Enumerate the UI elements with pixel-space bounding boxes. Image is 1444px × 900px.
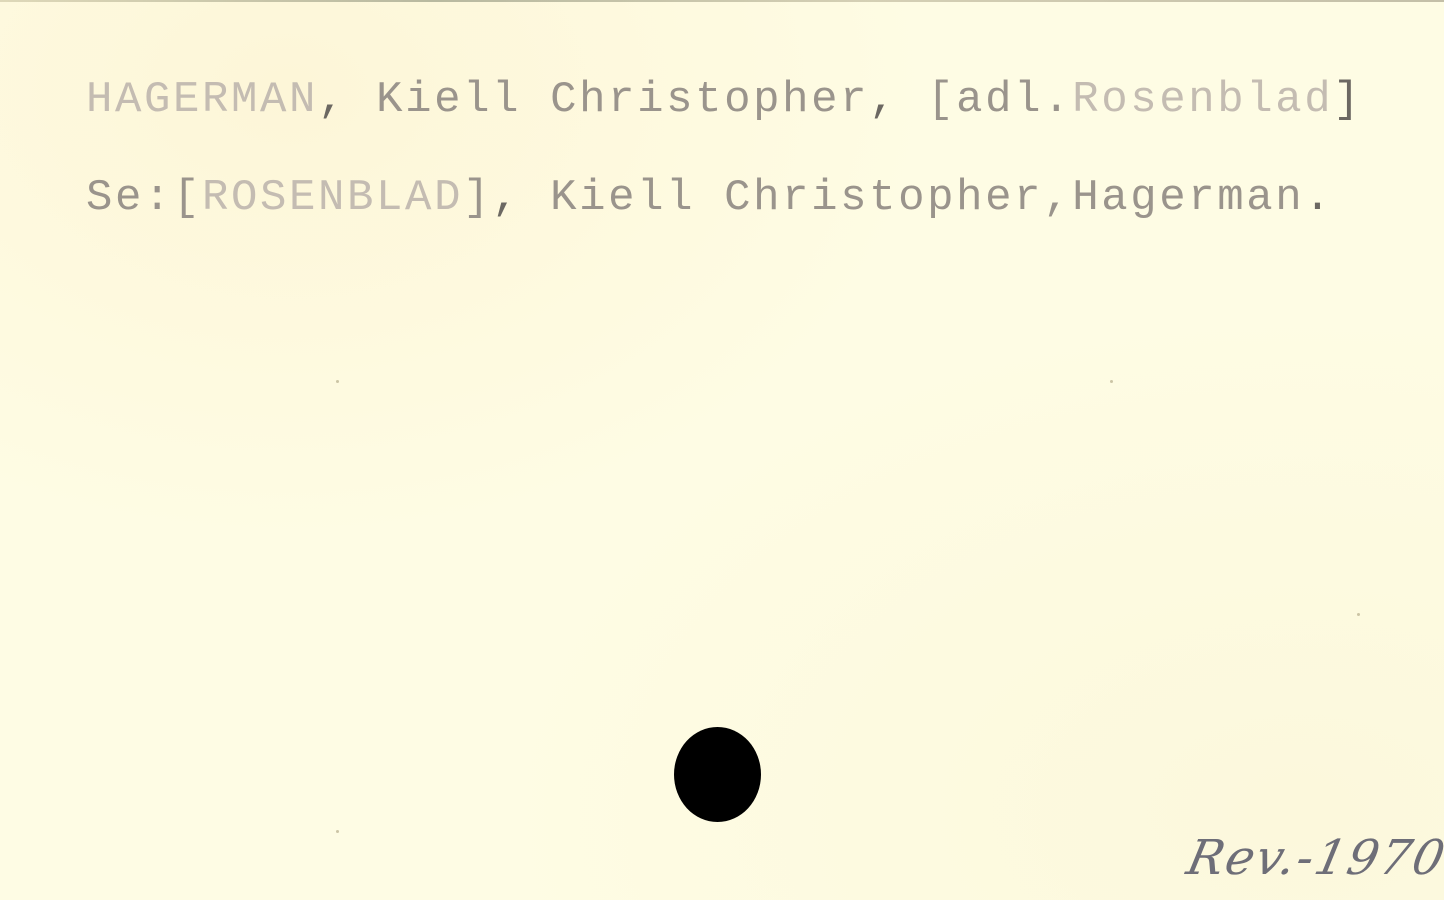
paper-speck xyxy=(336,830,339,833)
heading-ennobled-name: Rosenblad xyxy=(1072,75,1333,125)
heading-separator: , xyxy=(318,75,376,125)
heading-line: HAGERMAN, Kiell Christopher, [adl.Rosenb… xyxy=(86,78,1362,122)
heading-bracket-close: ] xyxy=(1333,75,1362,125)
see-ref-former: Hagerman xyxy=(1072,173,1304,223)
see-ref-surname: ROSENBLAD xyxy=(202,173,463,223)
heading-surname: HAGERMAN xyxy=(86,75,318,125)
see-bracket-close: ] xyxy=(463,173,492,223)
heading-separator-2: , xyxy=(869,75,927,125)
see-label: Se: xyxy=(86,173,173,223)
paper-speck xyxy=(336,380,339,383)
paper-speck xyxy=(1110,380,1113,383)
handwritten-revision-note: Rev.-1970 xyxy=(1182,830,1444,886)
heading-ennobled-prefix: adl. xyxy=(956,75,1072,125)
catalog-card: HAGERMAN, Kiell Christopher, [adl.Rosenb… xyxy=(0,0,1444,900)
see-reference-line: Se:[ROSENBLAD], Kiell Christopher,Hagerm… xyxy=(86,176,1333,220)
see-separator: , xyxy=(492,173,550,223)
card-top-edge xyxy=(0,0,1444,2)
heading-given-names: Kiell Christopher xyxy=(376,75,869,125)
see-end-period: . xyxy=(1304,173,1333,223)
see-bracket-open: [ xyxy=(173,173,202,223)
heading-bracket-open: [ xyxy=(927,75,956,125)
see-ref-given: Kiell Christopher xyxy=(550,173,1043,223)
punch-hole xyxy=(674,727,761,822)
paper-speck xyxy=(1357,613,1360,616)
see-separator-2: , xyxy=(1043,173,1072,223)
